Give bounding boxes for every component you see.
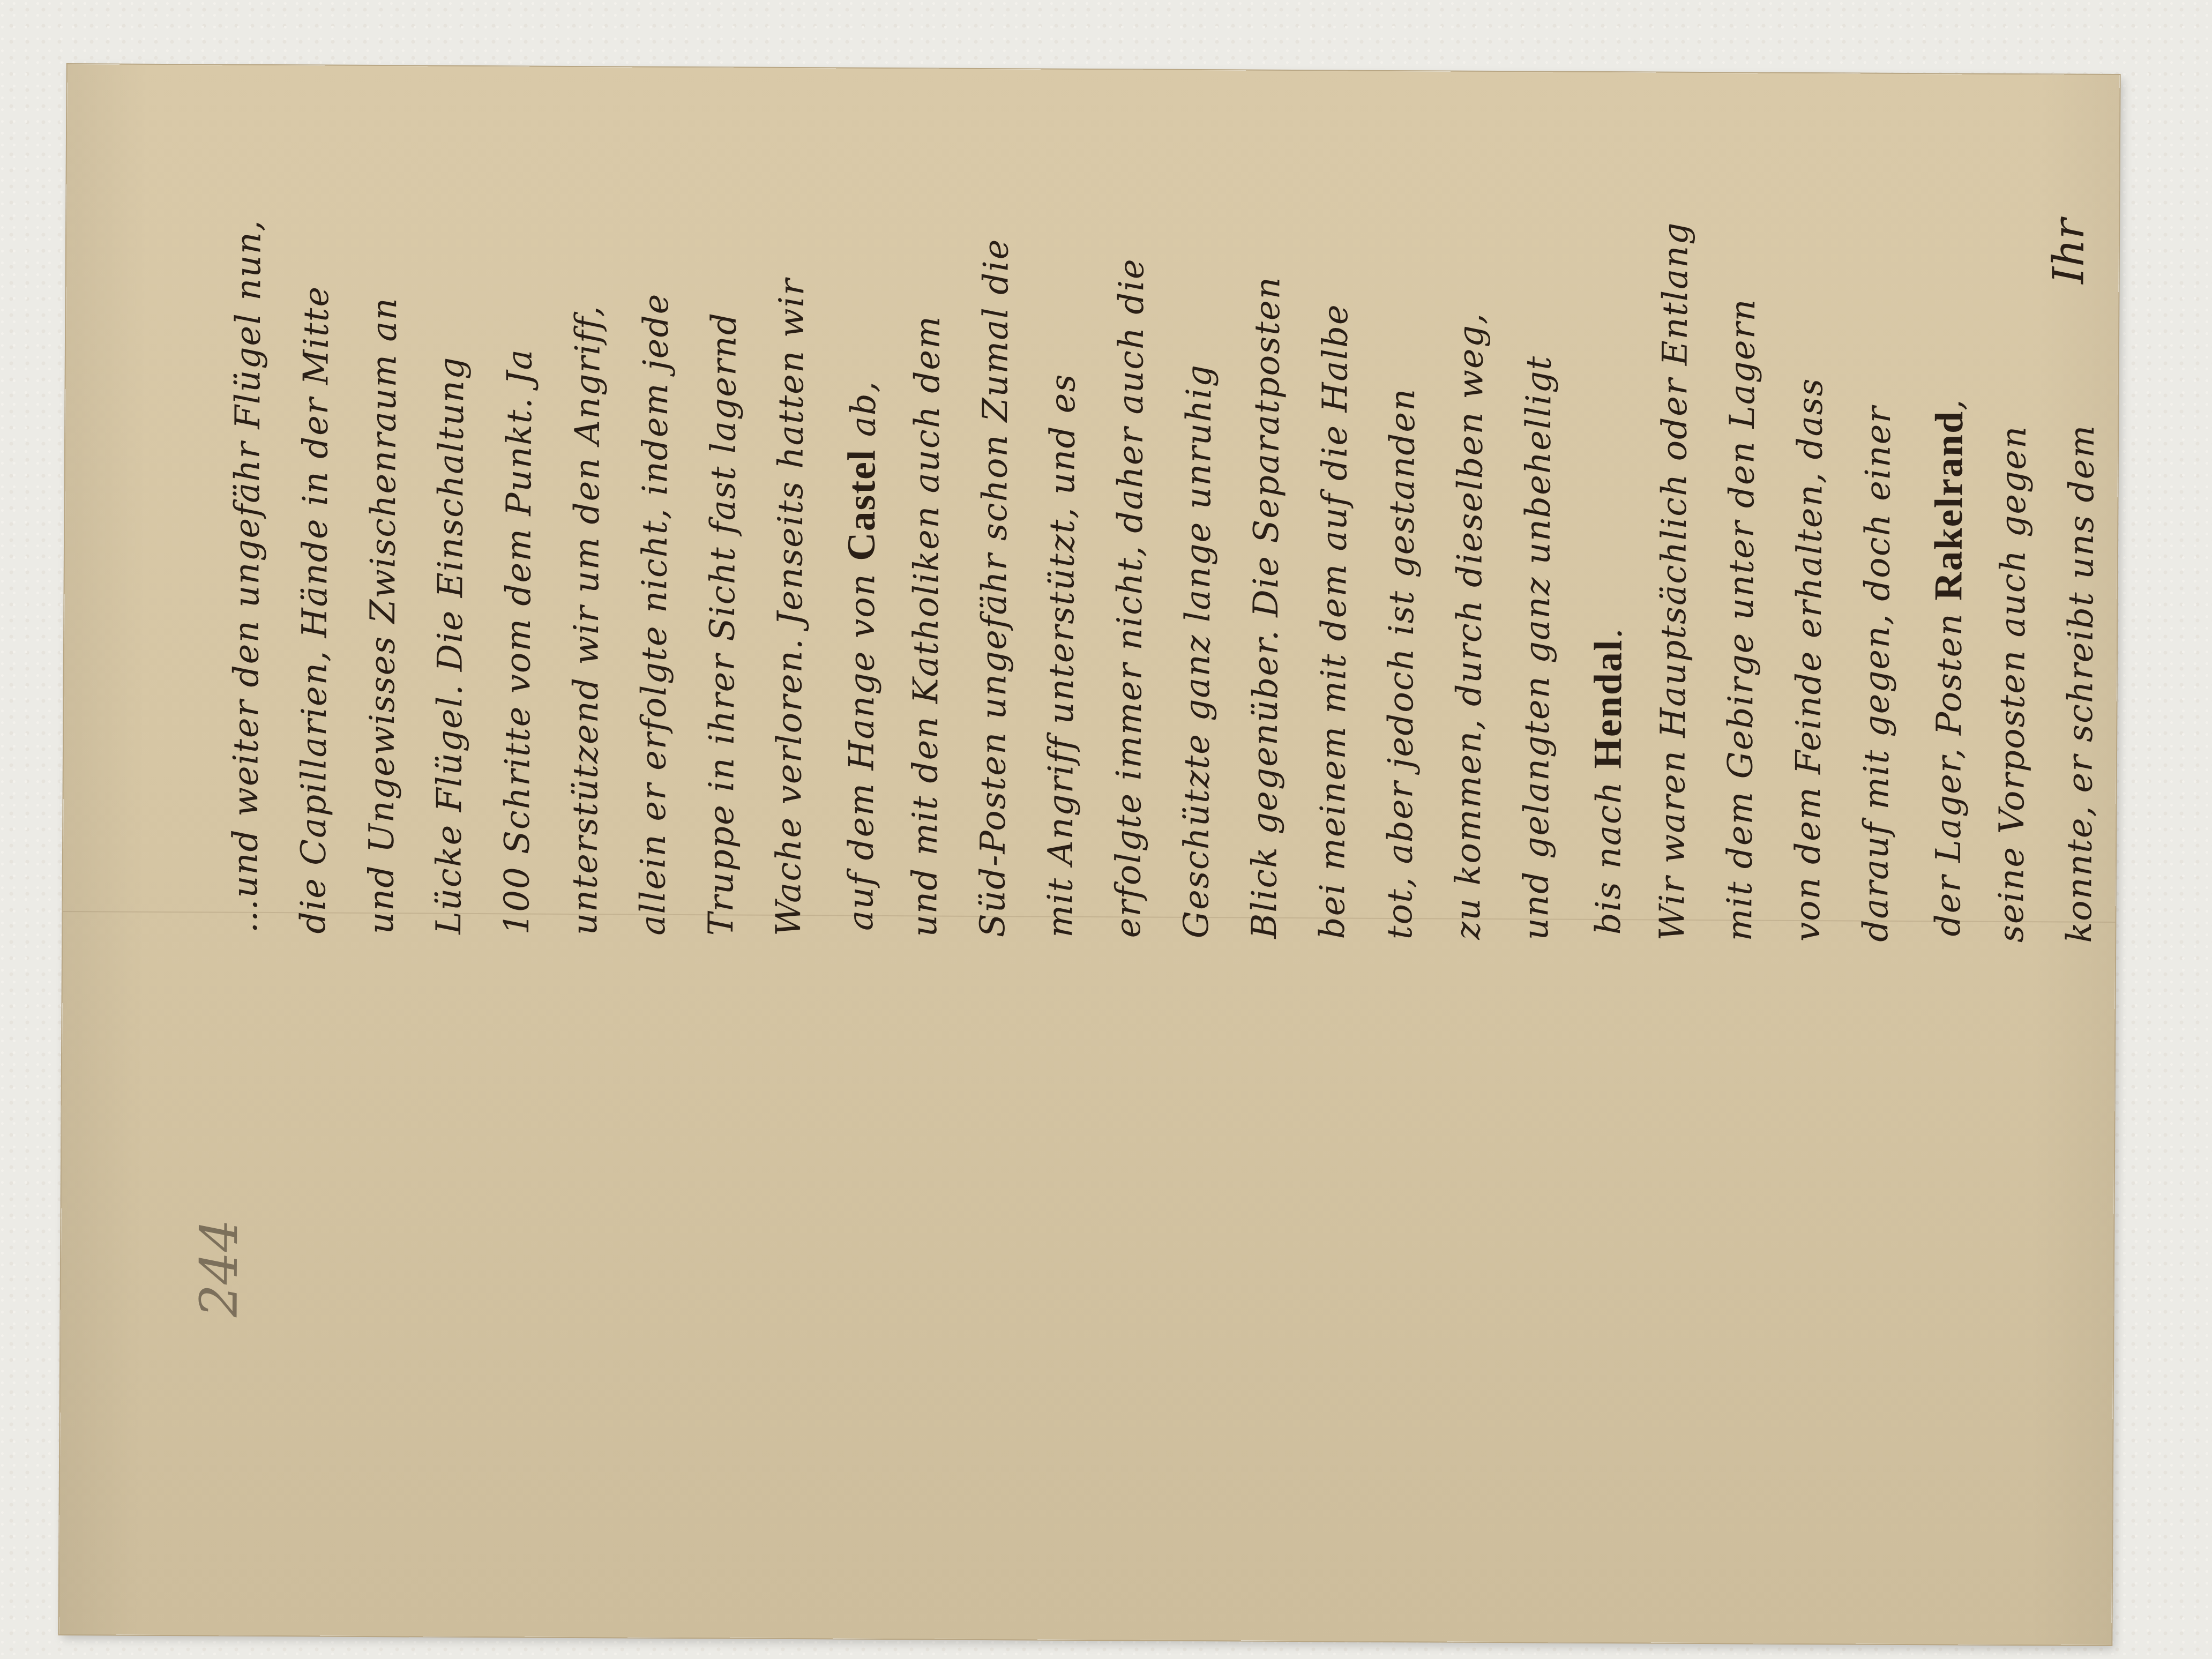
manuscript-line: auf dem Hange von Castel ab, bbox=[789, 92, 843, 928]
manuscript-line: die Capillarien, Hände in der Mitte bbox=[246, 89, 300, 925]
handwritten-text-block: …und weiter den ungefähr Flügel nun,die … bbox=[178, 89, 2084, 935]
manuscript-line: und gelangten ganz unbehelligt bbox=[1469, 96, 1522, 932]
manuscript-line: tot, aber jedoch ist gestanden bbox=[1333, 95, 1387, 931]
closing-signature: Ihr bbox=[2044, 166, 2109, 284]
manuscript-line: mit Angriff unterstützt, und es bbox=[993, 93, 1047, 929]
manuscript-line: unterstützend wir um den Angriff, bbox=[518, 91, 571, 926]
manuscript-line: erfolgte immer nicht, daher auch die bbox=[1061, 94, 1115, 930]
page-number: 244 bbox=[189, 1198, 249, 1338]
manuscript-line: zu kommen, durch dieselben weg, bbox=[1401, 95, 1454, 931]
manuscript-line: Wache verloren. Jenseits hatten wir bbox=[722, 92, 775, 928]
manuscript-line: Blick gegenüber. Die Separatposten bbox=[1197, 94, 1251, 930]
manuscript-line: von dem Feinde erhalten, dass bbox=[1740, 97, 1794, 933]
manuscript-line: Wir waren Hauptsächlich oder Entlang bbox=[1605, 96, 1658, 932]
manuscript-page: 244 …und weiter den ungefähr Flügel nun,… bbox=[59, 64, 2119, 1645]
manuscript-line: und Ungewisses Zwischenraum an bbox=[314, 89, 368, 925]
manuscript-line: Truppe in ihrer Sicht fast lagernd bbox=[654, 92, 707, 928]
manuscript-line: allein er erfolgte nicht, indem jede bbox=[586, 91, 639, 927]
manuscript-line: Geschützte ganz lange unruhig bbox=[1129, 94, 1183, 930]
manuscript-line: 100 Schritte vom dem Punkt. Ja bbox=[450, 91, 503, 926]
manuscript-line: seine Vorposten auch gegen bbox=[1945, 98, 1998, 934]
manuscript-line: Lücke Flügel. Die Einschaltung bbox=[382, 90, 436, 926]
manuscript-line: bei meinem mit dem auf die Halbe bbox=[1265, 95, 1319, 931]
manuscript-line: Süd-Posten ungefähr schon Zumal die bbox=[925, 93, 979, 929]
manuscript-line: mit dem Gebirge unter den Lagern bbox=[1673, 97, 1727, 933]
manuscript-line: darauf mit gegen, doch einer bbox=[1809, 98, 1862, 933]
manuscript-line: und mit den Katholiken auch dem bbox=[857, 93, 911, 929]
manuscript-line: der Lager, Posten Rakelrand, bbox=[1877, 98, 1930, 934]
manuscript-line: bis nach Hendal. bbox=[1537, 96, 1590, 932]
manuscript-line: …und weiter den ungefähr Flügel nun, bbox=[178, 89, 231, 925]
